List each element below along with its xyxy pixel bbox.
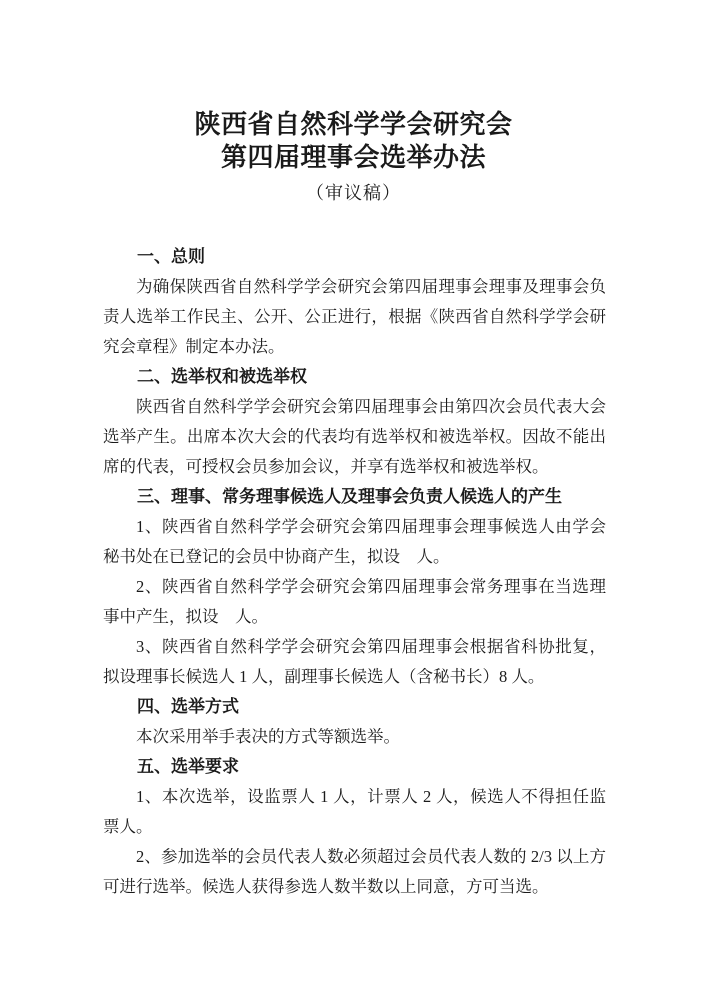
section-election-method: 四、选举方式 本次采用举手表决的方式等额选举。 [103, 692, 606, 752]
paragraph: 本次采用举手表决的方式等额选举。 [103, 722, 606, 752]
document-title-line-1: 陕西省自然科学学会研究会 [0, 108, 707, 141]
paragraph: 为确保陕西省自然科学学会研究会第四届理事会理事及理事会负责人选举工作民主、公开、… [103, 272, 606, 362]
section-election-requirements: 五、选举要求 1、本次选举，设监票人 1 人，计票人 2 人，候选人不得担任监票… [103, 752, 606, 902]
section-general: 一、总则 为确保陕西省自然科学学会研究会第四届理事会理事及理事会负责人选举工作民… [103, 242, 606, 362]
section-heading: 一、总则 [103, 242, 606, 272]
paragraph: 1、本次选举，设监票人 1 人，计票人 2 人，候选人不得担任监票人。 [103, 782, 606, 842]
paragraph: 陕西省自然科学学会研究会第四届理事会由第四次会员代表大会选举产生。出席本次大会的… [103, 392, 606, 482]
paragraph: 2、参加选举的会员代表人数必须超过会员代表人数的 2/3 以上方可进行选举。候选… [103, 842, 606, 902]
document-subtitle: （审议稿） [0, 178, 707, 208]
paragraph: 3、陕西省自然科学学会研究会第四届理事会根据省科协批复，拟设理事长候选人 1 人… [103, 632, 606, 692]
section-heading: 四、选举方式 [103, 692, 606, 722]
document-body: 一、总则 为确保陕西省自然科学学会研究会第四届理事会理事及理事会负责人选举工作民… [103, 242, 606, 902]
section-heading: 三、理事、常务理事候选人及理事会负责人候选人的产生 [103, 482, 606, 512]
section-voting-rights: 二、选举权和被选举权 陕西省自然科学学会研究会第四届理事会由第四次会员代表大会选… [103, 362, 606, 482]
section-heading: 五、选举要求 [103, 752, 606, 782]
paragraph: 1、陕西省自然科学学会研究会第四届理事会理事候选人由学会秘书处在已登记的会员中协… [103, 512, 606, 572]
title-block: 陕西省自然科学学会研究会 第四届理事会选举办法 （审议稿） [0, 108, 707, 208]
document-page: 陕西省自然科学学会研究会 第四届理事会选举办法 （审议稿） 一、总则 为确保陕西… [0, 0, 707, 999]
section-heading: 二、选举权和被选举权 [103, 362, 606, 392]
document-title-line-2: 第四届理事会选举办法 [0, 141, 707, 174]
section-candidate-generation: 三、理事、常务理事候选人及理事会负责人候选人的产生 1、陕西省自然科学学会研究会… [103, 482, 606, 692]
paragraph: 2、陕西省自然科学学会研究会第四届理事会常务理事在当选理事中产生，拟设 人。 [103, 572, 606, 632]
